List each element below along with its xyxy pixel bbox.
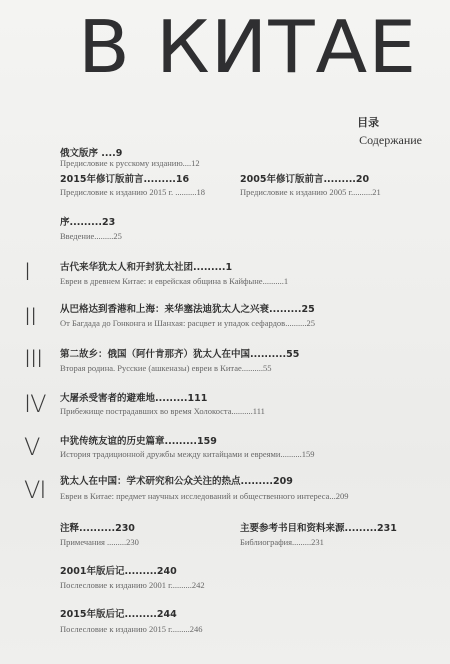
toc-entry-ru[interactable]: Предисловие к изданию 2005 г..........21	[240, 187, 381, 197]
chapter-number: III	[24, 345, 42, 373]
chapter-number: IV	[24, 390, 46, 418]
toc-entry-zh[interactable]: 序.........23	[60, 214, 115, 228]
toc-heading: 目录 Содержание	[359, 114, 422, 148]
toc-heading-zh: 目录	[357, 114, 422, 130]
toc-entry-zh[interactable]: 主要参考书目和资料来源.........231	[240, 520, 397, 534]
toc-entry-ru[interactable]: Введение.........25	[60, 231, 122, 241]
chapter-title-ru[interactable]: Евреи в Китае: предмет научных исследова…	[60, 491, 349, 501]
chapter-title-ru[interactable]: Прибежище пострадавших во время Холокост…	[60, 406, 265, 416]
toc-entry-ru[interactable]: Библиография.........231	[240, 537, 324, 547]
chapter-title-ru[interactable]: Евреи в древнем Китае: и еврейская общин…	[60, 276, 288, 286]
chapter-title-zh[interactable]: 古代来华犹太人和开封犹太社团.........1	[60, 259, 232, 273]
toc-entry-ru[interactable]: Послесловие к изданию 2015 г.........246	[60, 624, 203, 634]
chapter-title-ru[interactable]: История традиционной дружбы между китайц…	[60, 449, 314, 459]
chapter-title-ru[interactable]: От Багдада до Гонконга и Шанхая: расцвет…	[60, 318, 315, 328]
chapter-title-zh[interactable]: 第二故乡：俄国（阿什肯那齐）犹太人在中国..........55	[60, 346, 299, 360]
chapter-title-zh[interactable]: 犹太人在中国：学术研究和公众关注的热点.........209	[60, 473, 293, 487]
chapter-title-zh[interactable]: 从巴格达到香港和上海：来华塞法迪犹太人之兴衰.........25	[60, 301, 315, 315]
toc-entry-zh[interactable]: 2005年修订版前言.........20	[240, 171, 369, 185]
toc-entry-ru[interactable]: Предисловие к изданию 2015 г. ..........…	[60, 187, 205, 197]
chapter-title-zh[interactable]: 中犹传统友谊的历史篇章.........159	[60, 433, 217, 447]
chapter-number: V	[24, 433, 39, 461]
chapter-number: II	[24, 303, 36, 331]
toc-entry-zh[interactable]: 2015年修订版前言.........16	[60, 171, 189, 185]
chapter-number: VI	[24, 476, 46, 504]
toc-entry-zh[interactable]: 注释..........230	[60, 520, 135, 534]
chapter-number: I	[24, 258, 30, 286]
chapter-title-zh[interactable]: 大屠杀受害者的避难地.........111	[60, 390, 207, 404]
toc-entry-ru[interactable]: Послесловие к изданию 2001 г..........24…	[60, 580, 205, 590]
toc-heading-ru: Содержание	[359, 133, 422, 148]
toc-entry-zh[interactable]: 2015年版后记.........244	[60, 606, 177, 620]
chapter-title-ru[interactable]: Вторая родина. Русские (ашкеназы) евреи …	[60, 363, 272, 373]
toc-entry-zh[interactable]: 俄文版序 ....9	[60, 145, 122, 159]
toc-entry-zh[interactable]: 2001年版后记.........240	[60, 563, 177, 577]
toc-entry-ru[interactable]: Примечания .........230	[60, 537, 139, 547]
toc-entry-ru[interactable]: Предисловие к русскому изданию....12	[60, 158, 200, 168]
book-title: В КИТАЕ	[78, 2, 417, 92]
